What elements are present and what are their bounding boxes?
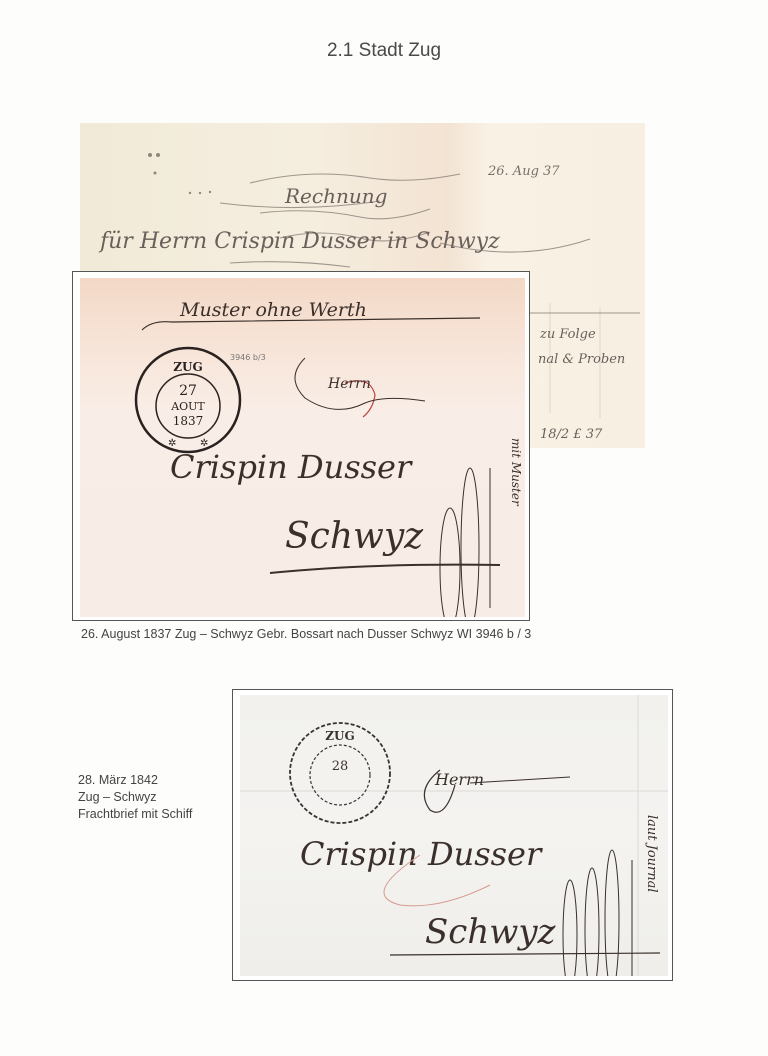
- svg-text:ZUG: ZUG: [173, 360, 202, 374]
- svg-text:Crispin Dusser: Crispin Dusser: [170, 448, 413, 486]
- zug-postmark-1837: ZUG 27 AOUT 1837 ✲ ✲: [136, 348, 240, 452]
- svg-text:laut Journal: laut Journal: [644, 815, 659, 893]
- svg-text:Rechnung: Rechnung: [284, 184, 387, 208]
- svg-text:ZUG: ZUG: [325, 729, 354, 743]
- svg-text:Muster ohne Werth: Muster ohne Werth: [179, 299, 367, 321]
- svg-text:28: 28: [332, 759, 349, 774]
- cover-1-drawing: Muster ohne Werth 3946 b/3 ZUG 27 AOUT 1…: [80, 278, 525, 617]
- svg-text:27: 27: [179, 383, 197, 399]
- svg-text:26. Aug 37: 26. Aug 37: [487, 164, 560, 179]
- cover-2-caption-date: 28. März 1842: [78, 772, 192, 789]
- cover-2-caption-type: Frachtbrief mit Schiff: [78, 806, 192, 823]
- page-title: 2.1 Stadt Zug: [0, 40, 768, 62]
- cover-1-image: Muster ohne Werth 3946 b/3 ZUG 27 AOUT 1…: [80, 278, 525, 617]
- svg-text:Schwyz: Schwyz: [285, 516, 424, 557]
- svg-text:für Herrn Crispin Dusser in Sc: für Herrn Crispin Dusser in Schwyz: [98, 229, 500, 254]
- cover-2-caption: 28. März 1842 Zug – Schwyz Frachtbrief m…: [78, 772, 192, 823]
- svg-text:mit Muster: mit Muster: [509, 438, 523, 507]
- svg-text:zu Folge: zu Folge: [539, 327, 596, 342]
- cover-2-drawing: ZUG 28 Herrn Crispin Dusser Schwyz laut …: [240, 695, 668, 976]
- svg-text:Herrn: Herrn: [327, 376, 371, 392]
- zug-postmark-1842: ZUG 28: [290, 723, 390, 823]
- svg-text:Schwyz: Schwyz: [425, 912, 557, 952]
- svg-text:Herrn: Herrn: [434, 770, 484, 789]
- svg-text:AOUT: AOUT: [170, 400, 205, 413]
- svg-text:nal & Proben: nal & Proben: [538, 352, 625, 367]
- svg-text:Crispin Dusser: Crispin Dusser: [300, 835, 543, 873]
- cover-1-caption: 26. August 1837 Zug – Schwyz Gebr. Bossa…: [81, 627, 531, 641]
- cover-2-image: ZUG 28 Herrn Crispin Dusser Schwyz laut …: [240, 695, 668, 976]
- svg-text:3946 b/3: 3946 b/3: [230, 353, 266, 362]
- svg-text:1837: 1837: [173, 414, 204, 428]
- cover-2-caption-route: Zug – Schwyz: [78, 789, 192, 806]
- svg-text:18/2 £ 37: 18/2 £ 37: [540, 427, 603, 442]
